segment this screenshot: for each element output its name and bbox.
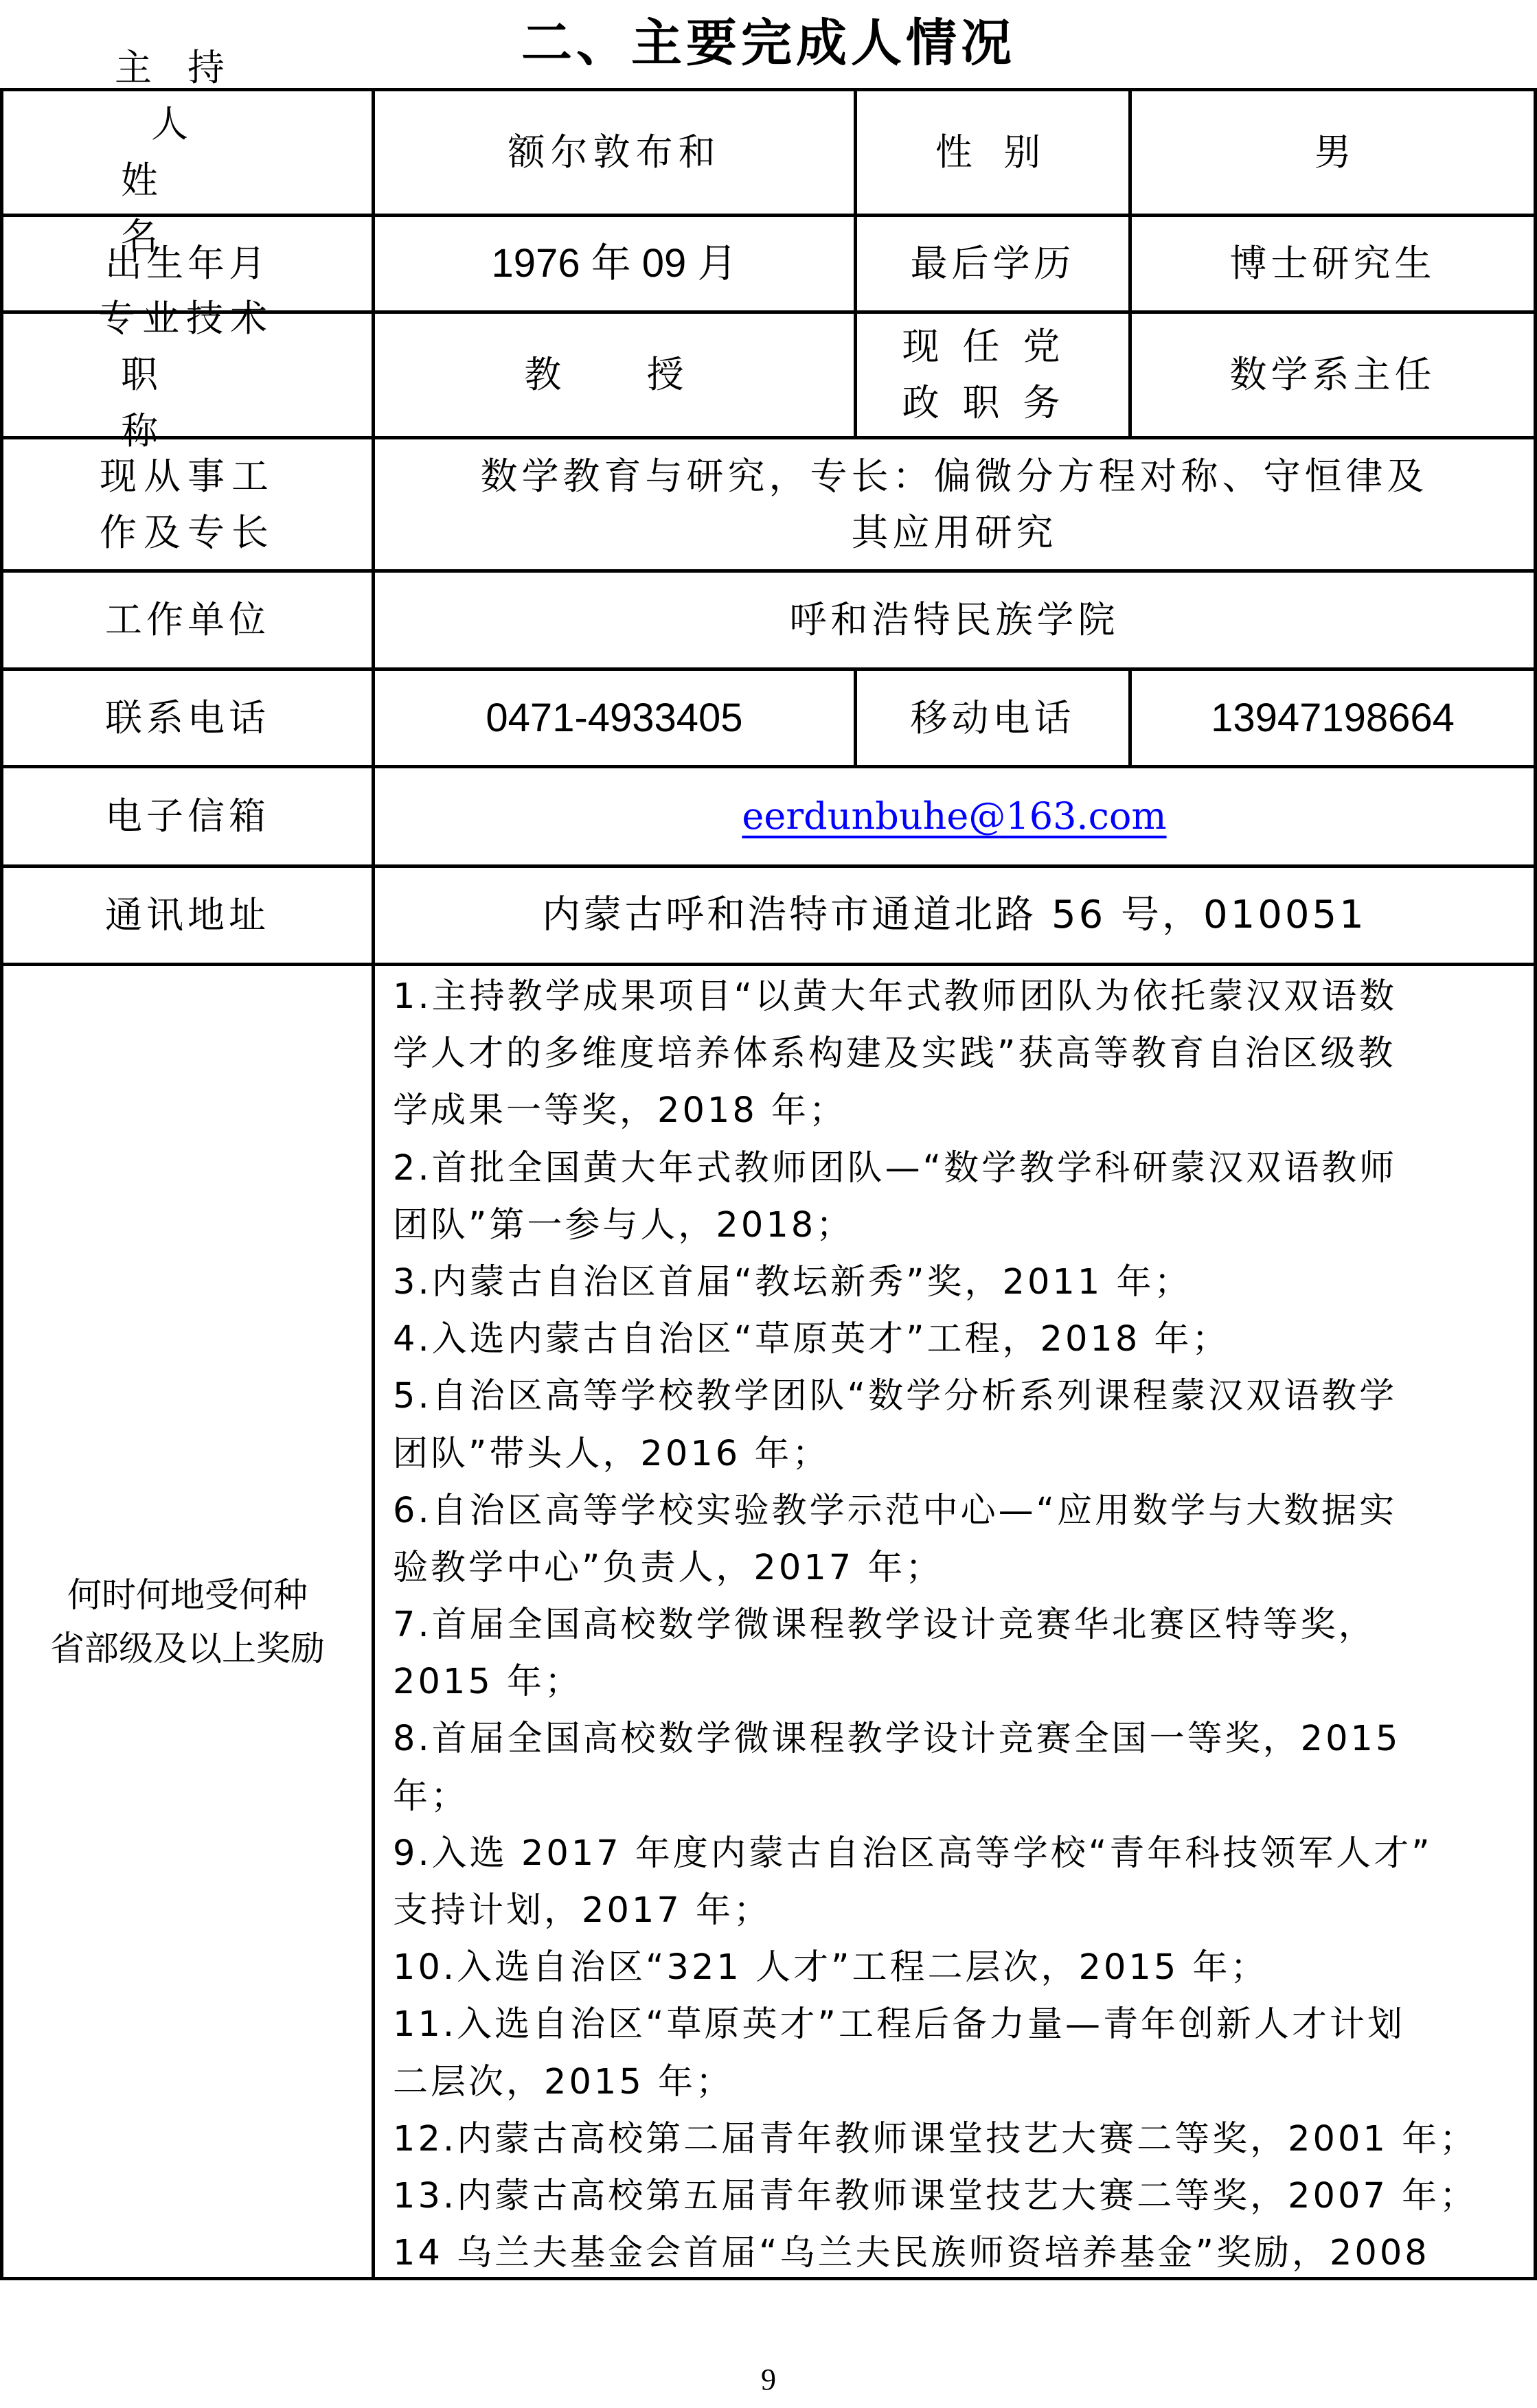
label-line: 何时何地受何种: [67, 1568, 308, 1622]
award-line: 14 乌兰夫基金会首届“乌兰夫民族师资培养基金”奖励，2008: [393, 2225, 1523, 2282]
title-value: 教 授: [375, 314, 854, 436]
award-line: 2.首批全国黄大年式教师团队—“数学教学科研蒙汉双语教师: [393, 1140, 1523, 1197]
education-label: 最后学历: [857, 217, 1128, 310]
address-value: 内蒙古呼和浩特市通道北路 56 号，010051: [375, 868, 1534, 963]
gender-value: 男: [1132, 91, 1534, 214]
gender-label: 性 别: [857, 91, 1128, 214]
mobile-value: 13947198664: [1132, 671, 1534, 765]
phone-label: 联系电话: [3, 671, 372, 765]
award-line: 学人才的多维度培养体系构建及实践”获高等教育自治区级教: [393, 1025, 1523, 1082]
award-line: 7.首届全国高校数学微课程教学设计竞赛华北赛区特等奖，: [393, 1596, 1523, 1653]
award-line: 团队”带头人，2016 年；: [393, 1425, 1523, 1482]
award-line: 12.内蒙古高校第二届青年教师课堂技艺大赛二等奖，2001 年；: [393, 2111, 1523, 2168]
host-name-label: 主持人 姓名: [3, 91, 372, 214]
title-label: 专业技术 职称: [3, 314, 372, 436]
award-line: 11.入选自治区“草原英才”工程后备力量—青年创新人才计划: [393, 1996, 1523, 2053]
award-line: 4.入选内蒙古自治区“草原英才”工程，2018 年；: [393, 1311, 1523, 1368]
label-line: 省部级及以上奖励: [50, 1622, 325, 1675]
award-line: 2015 年；: [393, 1653, 1523, 1710]
position-value: 数学系主任: [1132, 314, 1534, 436]
position-label: 现任党 政职务: [857, 314, 1128, 436]
award-line: 验教学中心”负责人，2017 年；: [393, 1539, 1523, 1596]
award-line: 10.入选自治区“321 人才”工程二层次，2015 年；: [393, 1939, 1523, 1996]
work-value-line: 其应用研究: [852, 505, 1058, 561]
label-line: 现从事工: [100, 448, 275, 505]
award-line: 9.入选 2017 年度内蒙古自治区高等学校“青年科技领军人才”: [393, 1825, 1523, 1882]
award-line: 8.首届全国高校数学微课程教学设计竞赛全国一等奖，2015: [393, 1710, 1523, 1767]
host-name-value: 额尔敦布和: [375, 91, 854, 214]
label-line: 主持人: [98, 40, 277, 152]
email-cell: eerdunbuhe@163.com: [375, 768, 1534, 864]
awards-label: 何时何地受何种 省部级及以上奖励: [3, 966, 372, 2277]
award-line: 1.主持教学成果项目“以黄大年式教师团队为依托蒙汉双语数: [393, 968, 1523, 1025]
award-line: 年；: [393, 1768, 1523, 1825]
label-line: 专业技术: [98, 290, 274, 347]
address-label: 通讯地址: [3, 868, 372, 963]
label-line: 作及专长: [100, 505, 275, 561]
phone-value: 0471-4933405: [375, 671, 854, 765]
award-line: 学成果一等奖，2018 年；: [393, 1082, 1523, 1139]
table-border-right: [1534, 88, 1537, 2280]
award-line: 团队”第一参与人，2018；: [393, 1197, 1523, 1254]
birth-value: 1976 年 09 月: [375, 217, 854, 310]
award-line: 6.自治区高等学校实验教学示范中心—“应用数学与大数据实: [393, 1482, 1523, 1539]
label-line: 现任党: [902, 319, 1084, 375]
award-line: 支持计划，2017 年；: [393, 1882, 1523, 1939]
work-value-line: 数学教育与研究，专长：偏微分方程对称、守恒律及: [481, 448, 1428, 505]
page-number: 9: [0, 2362, 1537, 2397]
awards-list: 1.主持教学成果项目“以黄大年式教师团队为依托蒙汉双语数 学人才的多维度培养体系…: [393, 968, 1523, 2282]
award-line: 5.自治区高等学校教学团队“数学分析系列课程蒙汉双语教学: [393, 1368, 1523, 1425]
email-label: 电子信箱: [3, 768, 372, 864]
work-label: 现从事工 作及专长: [3, 439, 372, 569]
award-line: 3.内蒙古自治区首届“教坛新秀”奖，2011 年；: [393, 1254, 1523, 1311]
award-line: 13.内蒙古高校第五届青年教师课堂技艺大赛二等奖，2007 年；: [393, 2168, 1523, 2225]
label-line: 政职务: [902, 375, 1084, 431]
employer-label: 工作单位: [3, 573, 372, 667]
award-line: 二层次，2015 年；: [393, 2054, 1523, 2111]
mobile-label: 移动电话: [857, 671, 1128, 765]
work-value: 数学教育与研究，专长：偏微分方程对称、守恒律及 其应用研究: [375, 439, 1534, 569]
email-link[interactable]: eerdunbuhe@163.com: [742, 788, 1166, 845]
education-value: 博士研究生: [1132, 217, 1534, 310]
employer-value: 呼和浩特民族学院: [375, 573, 1534, 667]
